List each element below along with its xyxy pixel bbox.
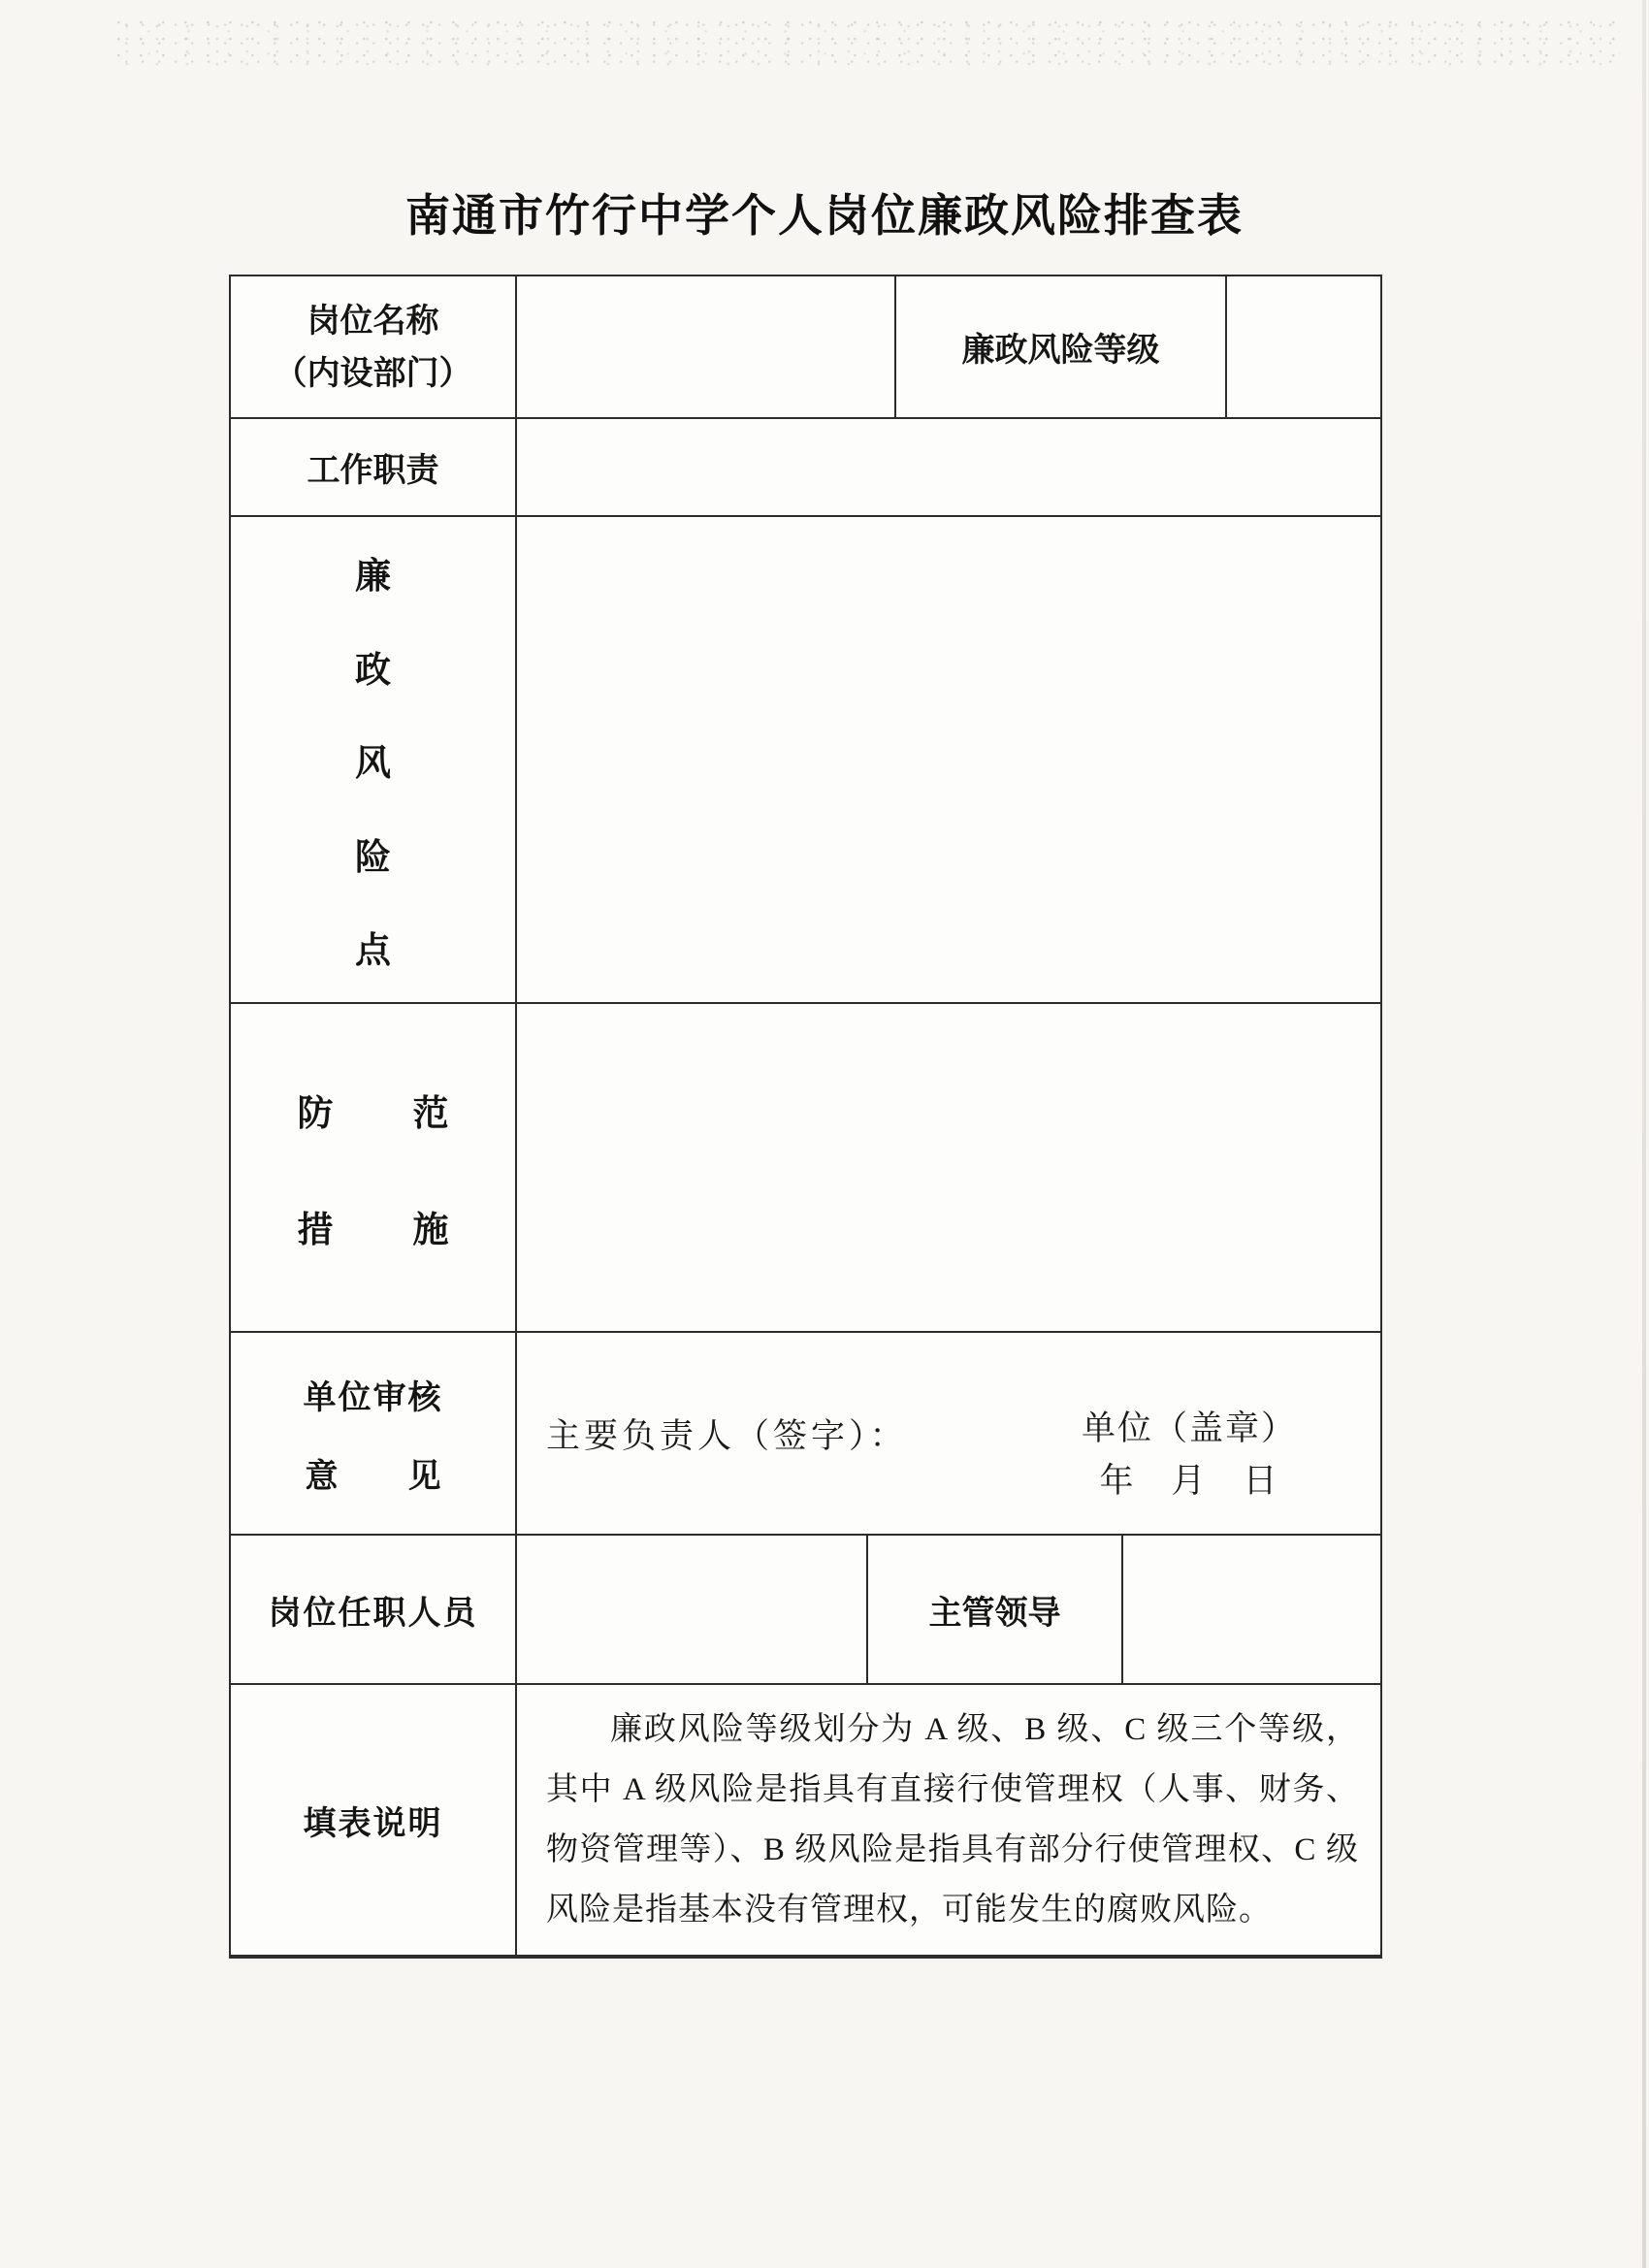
risk-points-label-char: 廉 (355, 546, 391, 599)
supervisor-label: 主管领导 (929, 1586, 1061, 1634)
duties-label-cell: 工作职责 (231, 419, 517, 515)
risk-points-label-cell: 廉 政 风 险 点 (231, 517, 517, 1002)
risk-level-value-cell (1227, 276, 1380, 417)
unit-review-label-char: 意 (306, 1449, 339, 1497)
measures-label-char: 施 (413, 1200, 449, 1252)
measures-label-line2: 措 施 (298, 1200, 449, 1252)
risk-points-label-char: 点 (355, 921, 391, 973)
risk-points-label-char: 风 (355, 733, 391, 786)
table-row-unit-review: 单位审核 意 见 主要负责人（签字）： 单位（盖章） 年 月 日 (231, 1333, 1380, 1536)
risk-points-label-char: 政 (355, 640, 391, 693)
signer-label: 主要负责人（签字）： (546, 1409, 908, 1458)
measures-label-char: 范 (413, 1084, 449, 1136)
position-name-label-cell: 岗位名称 （内设部门） (231, 276, 517, 417)
date-label: 年 月 日 (1082, 1455, 1297, 1507)
supervisor-label-cell: 主管领导 (868, 1536, 1123, 1683)
position-name-value-cell (517, 276, 896, 417)
table-row-position-holder: 岗位任职人员 主管领导 (231, 1536, 1380, 1685)
unit-review-label-cell: 单位审核 意 见 (231, 1333, 517, 1534)
seal-date-block: 单位（盖章） 年 月 日 (1082, 1403, 1297, 1507)
unit-review-label-line1: 单位审核 (304, 1371, 443, 1418)
notes-label: 填表说明 (304, 1797, 443, 1844)
position-name-label-line1: 岗位名称 (307, 295, 439, 347)
duties-label: 工作职责 (307, 443, 439, 491)
position-name-label-line2: （内设部门） (275, 347, 472, 400)
notes-label-cell: 填表说明 (231, 1685, 517, 1955)
risk-points-value-cell (517, 517, 1380, 1002)
table-row-measures: 防 范 措 施 (231, 1004, 1380, 1333)
position-holder-label-cell: 岗位任职人员 (231, 1536, 517, 1683)
notes-content-cell: 廉政风险等级划分为 A 级、B 级、C 级三个等级，其中 A 级风险是指具有直接… (517, 1685, 1380, 1955)
unit-review-label-char: 见 (408, 1449, 441, 1497)
table-row-position-name: 岗位名称 （内设部门） 廉政风险等级 (231, 276, 1380, 419)
measures-label-line1: 防 范 (298, 1084, 449, 1136)
table-row-duties: 工作职责 (231, 419, 1380, 517)
risk-level-label-cell: 廉政风险等级 (896, 276, 1227, 417)
duties-value-cell (517, 419, 1380, 515)
risk-level-label: 廉政风险等级 (962, 323, 1160, 371)
table-row-risk-points: 廉 政 风 险 点 (231, 517, 1380, 1004)
scanned-page: 南通市竹行中学个人岗位廉政风险排查表 岗位名称 （内设部门） 廉政风险等级 工作… (0, 0, 1649, 2268)
scan-artifact-edge (1642, 0, 1646, 2268)
page-title: 南通市竹行中学个人岗位廉政风险排查表 (0, 180, 1649, 244)
supervisor-value-cell (1123, 1536, 1380, 1683)
risk-screening-form-table: 岗位名称 （内设部门） 廉政风险等级 工作职责 廉 政 风 险 点 (229, 275, 1382, 1959)
risk-points-label-char: 险 (355, 827, 391, 880)
measures-label-char: 措 (298, 1200, 334, 1252)
position-holder-value-cell (517, 1536, 868, 1683)
scan-artifact-noise (116, 17, 1620, 70)
notes-text: 廉政风险等级划分为 A 级、B 级、C 级三个等级，其中 A 级风险是指具有直接… (546, 1700, 1359, 1940)
table-row-notes: 填表说明 廉政风险等级划分为 A 级、B 级、C 级三个等级，其中 A 级风险是… (231, 1685, 1380, 1955)
seal-label: 单位（盖章） (1082, 1403, 1297, 1455)
position-holder-label: 岗位任职人员 (269, 1586, 478, 1634)
unit-review-content-cell: 主要负责人（签字）： 单位（盖章） 年 月 日 (517, 1333, 1380, 1534)
measures-label-char: 防 (298, 1084, 334, 1136)
measures-value-cell (517, 1004, 1380, 1331)
measures-label-cell: 防 范 措 施 (231, 1004, 517, 1331)
unit-review-label-line2: 意 见 (306, 1449, 441, 1497)
